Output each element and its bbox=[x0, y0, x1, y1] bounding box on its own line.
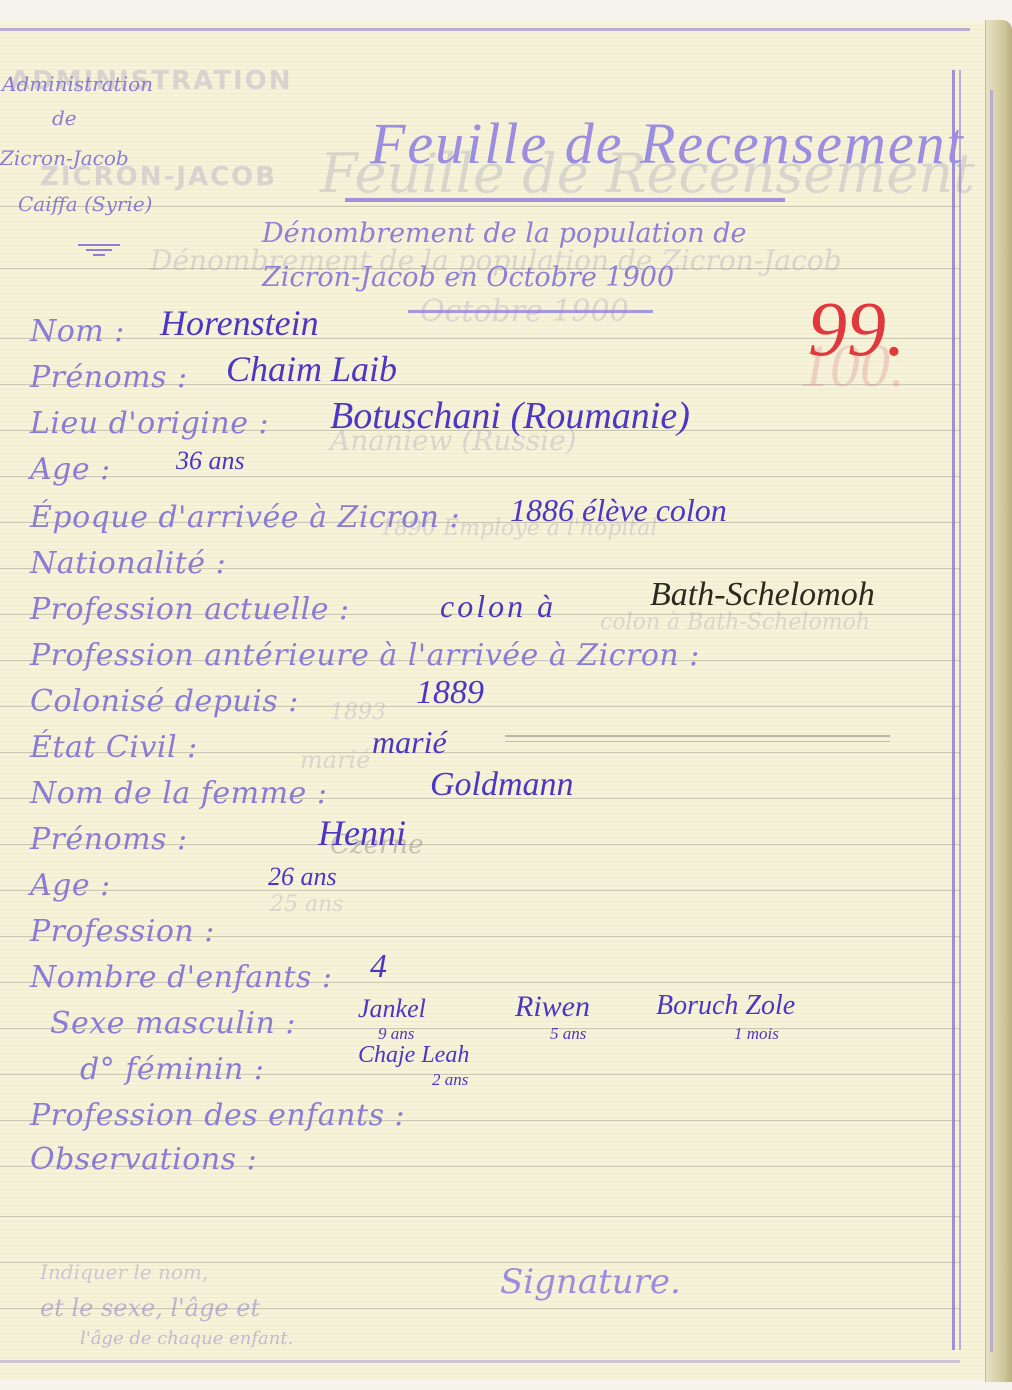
right-margin-rule bbox=[959, 70, 961, 1350]
value-profession-actuelle: colon à bbox=[440, 588, 556, 625]
label-prenoms: Prénoms : bbox=[30, 360, 188, 395]
child-name: Riwen bbox=[515, 990, 590, 1024]
label-colonise-depuis: Colonisé depuis : bbox=[30, 684, 299, 719]
value-lieu-origine: Botuschani (Roumanie) bbox=[330, 394, 690, 438]
child-name: Jankel bbox=[358, 994, 426, 1024]
value-colonise-depuis: 1889 bbox=[416, 674, 484, 712]
value-prenoms: Chaim Laib bbox=[226, 348, 397, 390]
label-nom: Nom : bbox=[30, 314, 125, 349]
value-age: 36 ans bbox=[176, 446, 245, 476]
child-age: 1 mois bbox=[734, 1024, 779, 1044]
value-etat-civil: marié bbox=[372, 724, 447, 761]
child-age: 2 ans bbox=[432, 1070, 468, 1090]
label-age: Age : bbox=[30, 452, 111, 487]
label-profession-actuelle: Profession actuelle : bbox=[30, 592, 350, 627]
subtitle-underline bbox=[408, 310, 653, 313]
bleed-through-text: 25 ans bbox=[270, 892, 344, 917]
strikethrough-line bbox=[505, 741, 890, 742]
child-name: Chaje Leah bbox=[358, 1042, 469, 1069]
label-profession-anterieure: Profession antérieure à l'arrivée à Zicr… bbox=[30, 638, 700, 673]
title-underline bbox=[345, 198, 785, 202]
label-nationalite: Nationalité : bbox=[30, 546, 226, 581]
value-nom-femme: Goldmann bbox=[430, 766, 574, 804]
document-subtitle-line2: Zicron-Jacob en Octobre 1900 bbox=[262, 262, 674, 293]
label-lieu-origine: Lieu d'origine : bbox=[30, 406, 269, 441]
value-prenoms-femme: Henni bbox=[318, 812, 406, 854]
bottom-border-rule bbox=[0, 1360, 960, 1363]
instruction-line: et le sexe, l'âge et bbox=[40, 1294, 260, 1322]
document-title: Feuille de Recensement bbox=[370, 110, 965, 177]
stamp-de: de bbox=[52, 106, 77, 130]
stamp-flourish-icon bbox=[78, 244, 120, 259]
label-profession-enfants: Profession des enfants : bbox=[30, 1098, 405, 1133]
value-age-femme: 26 ans bbox=[268, 862, 337, 892]
bleed-through-text: marié bbox=[300, 746, 370, 774]
bleed-through-text: 1893 bbox=[330, 700, 386, 725]
value-nom: Horenstein bbox=[160, 302, 319, 344]
label-profession-femme: Profession : bbox=[30, 914, 215, 949]
label-nom-femme: Nom de la femme : bbox=[30, 776, 327, 811]
ruled-line bbox=[0, 890, 960, 891]
document-subtitle-line1: Dénombrement de la population de bbox=[262, 218, 747, 249]
child-name: Boruch Zole bbox=[656, 990, 795, 1022]
child-age: 5 ans bbox=[550, 1024, 586, 1044]
value-nombre-enfants: 4 bbox=[370, 948, 387, 986]
stamp-location: Caiffa (Syrie) bbox=[18, 192, 152, 216]
strikethrough-line bbox=[505, 735, 890, 737]
entry-number: 99. bbox=[808, 284, 906, 374]
label-nombre-enfants: Nombre d'enfants : bbox=[30, 960, 333, 995]
label-sexe-masculin: Sexe masculin : bbox=[50, 1006, 296, 1041]
book-edge bbox=[985, 20, 1012, 1382]
label-epoque-arrivee: Époque d'arrivée à Zicron : bbox=[30, 500, 460, 535]
value-epoque-arrivee: 1886 élève colon bbox=[510, 492, 727, 529]
signature-label: Signature. bbox=[500, 1262, 681, 1302]
label-sexe-feminin: d° féminin : bbox=[80, 1052, 265, 1087]
label-age-femme: Age : bbox=[30, 868, 111, 903]
label-prenoms-femme: Prénoms : bbox=[30, 822, 188, 857]
label-observations: Observations : bbox=[30, 1142, 257, 1177]
label-etat-civil: État Civil : bbox=[30, 730, 198, 765]
census-sheet: Feuille de Recensement Dénombrement de l… bbox=[0, 22, 1000, 1380]
ruled-line bbox=[0, 476, 960, 477]
value-profession-actuelle-place: Bath-Schelomoh bbox=[650, 576, 875, 614]
stamp-administration: Administration bbox=[2, 72, 153, 96]
right-margin-rule bbox=[952, 70, 955, 1350]
ruled-line bbox=[0, 1216, 960, 1217]
instruction-line: Indiquer le nom, bbox=[40, 1260, 208, 1284]
child-age: 9 ans bbox=[378, 1024, 414, 1044]
top-border-rule bbox=[0, 28, 970, 31]
instruction-line: l'âge de chaque enfant. bbox=[80, 1328, 293, 1349]
stamp-colony-name: Zicron-Jacob bbox=[0, 146, 129, 170]
scanned-document: Feuille de Recensement Dénombrement de l… bbox=[0, 0, 1012, 1390]
